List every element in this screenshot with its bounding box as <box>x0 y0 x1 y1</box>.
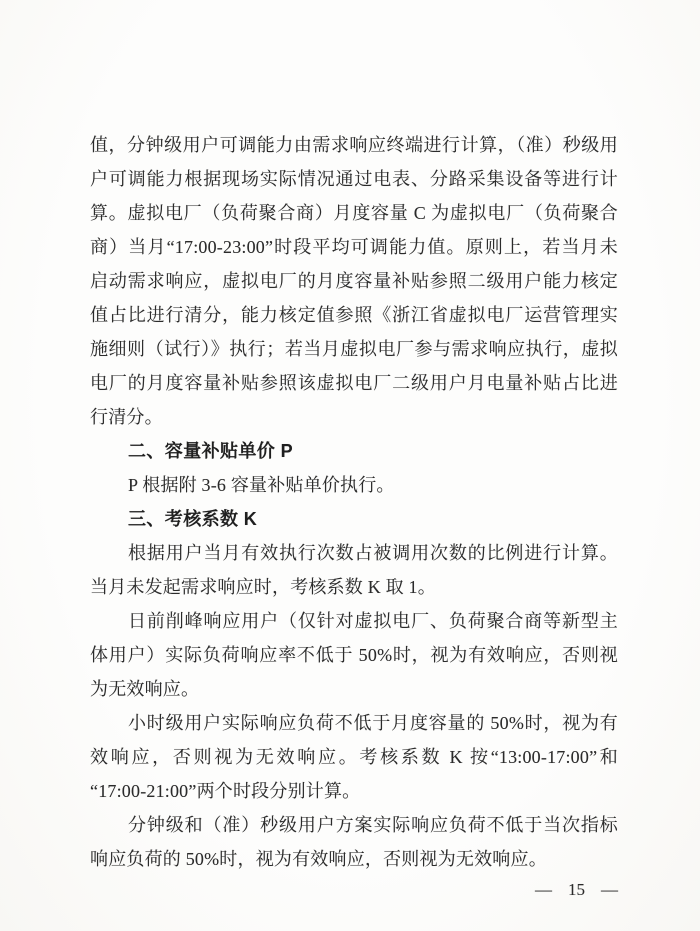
text-line: P 根据附 3-6 容量补贴单价执行。 <box>90 468 618 502</box>
text-line: 日前削峰响应用户（仅针对虚拟电厂、负荷聚合商等新型主 <box>90 604 618 638</box>
text-line: 为无效响应。 <box>90 672 618 706</box>
section-heading: 三、考核系数 K <box>90 502 618 536</box>
footer-dash-left: — <box>535 880 552 900</box>
text-line: “17:00-21:00”两个时段分别计算。 <box>90 774 618 808</box>
section-heading: 二、容量补贴单价 P <box>90 434 618 468</box>
text-line: 值，分钟级用户可调能力由需求响应终端进行计算，（准）秒级用 <box>90 128 618 162</box>
text-line: 根据用户当月有效执行次数占被调用次数的比例进行计算。 <box>90 536 618 570</box>
text-line: 电厂的月度容量补贴参照该虚拟电厂二级用户月电量补贴占比进 <box>90 366 618 400</box>
text-line: 户可调能力根据现场实际情况通过电表、分路采集设备等进行计 <box>90 162 618 196</box>
footer-dash-right: — <box>601 880 618 900</box>
text-line: 启动需求响应，虚拟电厂的月度容量补贴参照二级用户能力核定 <box>90 264 618 298</box>
document-content: 值，分钟级用户可调能力由需求响应终端进行计算，（准）秒级用 户可调能力根据现场实… <box>90 128 618 876</box>
text-line: 小时级用户实际响应负荷不低于月度容量的 50%时，视为有 <box>90 706 618 740</box>
text-line: 当月未发起需求响应时，考核系数 K 取 1。 <box>90 570 618 604</box>
text-line: 分钟级和（准）秒级用户方案实际响应负荷不低于当次指标 <box>90 808 618 842</box>
page-number: 15 <box>568 880 585 900</box>
text-line: 值占比进行清分，能力核定值参照《浙江省虚拟电厂运营管理实 <box>90 298 618 332</box>
text-line: 施细则（试行）》执行；若当月虚拟电厂参与需求响应执行，虚拟 <box>90 332 618 366</box>
text-line: 算。虚拟电厂（负荷聚合商）月度容量 C 为虚拟电厂（负荷聚合 <box>90 196 618 230</box>
page-footer: — 15 — <box>535 880 618 900</box>
text-line: 体用户）实际负荷响应率不低于 50%时，视为有效响应，否则视 <box>90 638 618 672</box>
text-line: 效响应，否则视为无效响应。考核系数 K 按“13:00-17:00”和 <box>90 740 618 774</box>
text-line: 商）当月“17:00-23:00”时段平均可调能力值。原则上，若当月未 <box>90 230 618 264</box>
document-page: 值，分钟级用户可调能力由需求响应终端进行计算，（准）秒级用 户可调能力根据现场实… <box>0 0 700 931</box>
text-line: 响应负荷的 50%时，视为有效响应，否则视为无效响应。 <box>90 842 618 876</box>
text-line: 行清分。 <box>90 400 618 434</box>
